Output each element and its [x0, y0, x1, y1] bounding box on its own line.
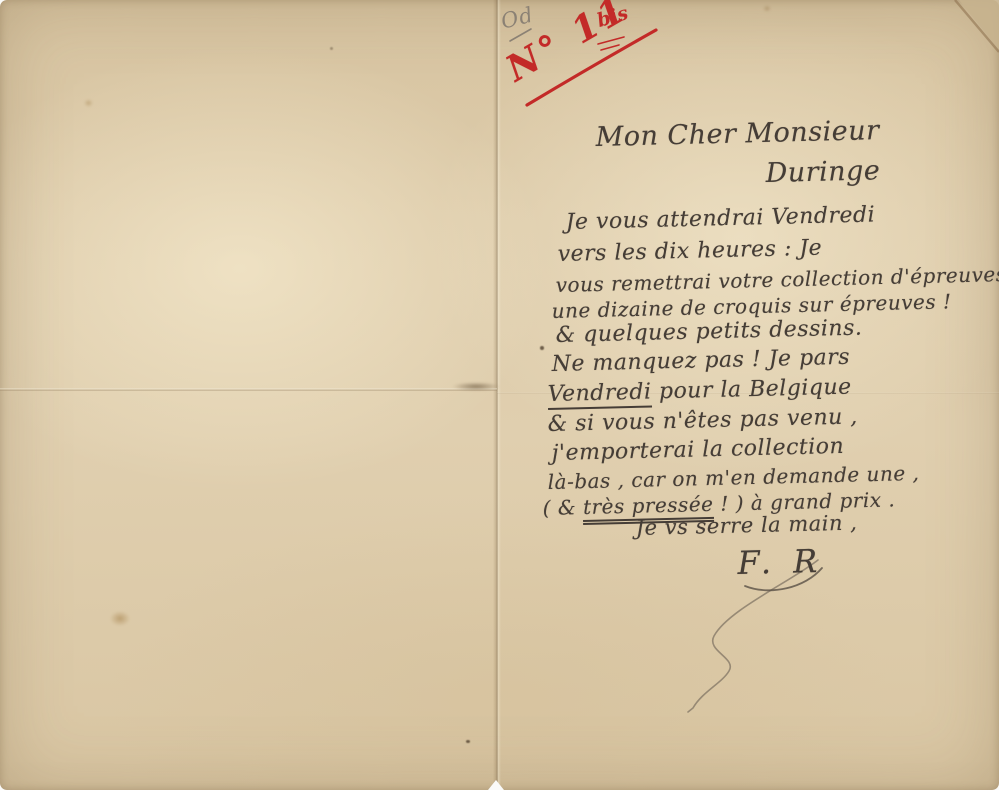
ink-fleck: [466, 740, 470, 743]
crease-smudge: [452, 382, 500, 391]
ink-fleck: [540, 346, 544, 350]
letter-line-text: pour la Belgique: [651, 375, 852, 405]
bottom-fold-notch: [488, 780, 504, 790]
horizontal-fold-crease-left: [0, 388, 497, 391]
dog-ear-corner: [959, 0, 999, 50]
salutation-name: Duringe: [765, 155, 880, 189]
paper-stain: [110, 611, 130, 626]
paper-stain: [763, 5, 771, 12]
letter-line-text: ( &: [542, 495, 583, 520]
letter-scan: Od N° 11 bis Mon Cher Monsieur Duringe J…: [0, 0, 999, 790]
vertical-fold-crease: [493, 0, 501, 790]
paper-stain: [84, 99, 93, 107]
underlined-word: Vendredi: [547, 379, 651, 410]
ink-fleck: [330, 47, 333, 50]
signature: F. R: [737, 542, 824, 582]
